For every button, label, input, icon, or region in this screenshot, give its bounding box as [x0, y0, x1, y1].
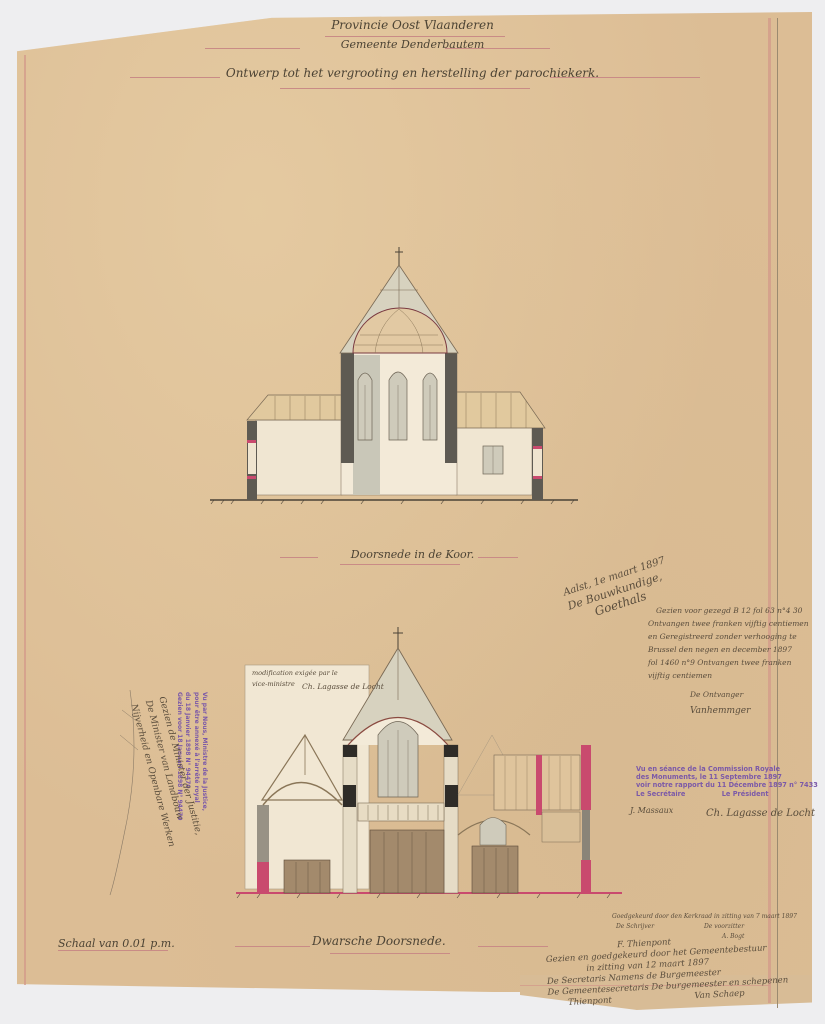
- approval-line: Goedgekeurd door den Kerkraad in zitting…: [612, 912, 797, 922]
- commission-stamp-line: des Monuments, le 11 Septembre 1897: [636, 773, 818, 781]
- modification-line: modification exigée par le: [252, 668, 384, 679]
- transverse-section-caption: Dwarsche Doorsnede.: [312, 934, 446, 949]
- president-label: Le Président: [722, 790, 769, 798]
- transverse-caption-rule-left: [235, 946, 310, 947]
- transverse-caption-rule-right: [478, 946, 548, 947]
- commission-stamp-line: Vu en séance de la Commission Royale: [636, 765, 818, 773]
- commission-stamp: Vu en séance de la Commission Royale des…: [636, 765, 818, 798]
- pencil-scribble: [100, 680, 240, 940]
- president-signature: Ch. Lagasse de Locht: [706, 808, 815, 821]
- approval-sig: Van Schaep: [694, 989, 745, 1002]
- approval-roles: De Schrijver De voorzitter: [612, 922, 797, 932]
- modification-box-note: modification exigée par le vice-ministre…: [252, 668, 384, 692]
- scale-label: Schaal van 0.01 p.m.: [58, 937, 175, 951]
- scale-underline: [58, 950, 168, 951]
- commission-stamp-labels: Le Secrétaire Le Président: [636, 790, 818, 798]
- secretary-label: Le Secrétaire: [636, 790, 685, 798]
- commission-stamp-line: voir notre rapport du 11 Décembre 1897 n…: [636, 781, 818, 789]
- secretary-signature: J. Massaux: [630, 806, 673, 816]
- approval-sig: Thienpont: [548, 996, 612, 1009]
- transverse-caption-underline: [330, 953, 450, 954]
- approval-signatures: F. Thienpont Gezien en goedgekeurd door …: [545, 931, 789, 1010]
- approval-role: De voorzitter: [704, 923, 744, 930]
- approval-role: De Schrijver: [612, 923, 654, 930]
